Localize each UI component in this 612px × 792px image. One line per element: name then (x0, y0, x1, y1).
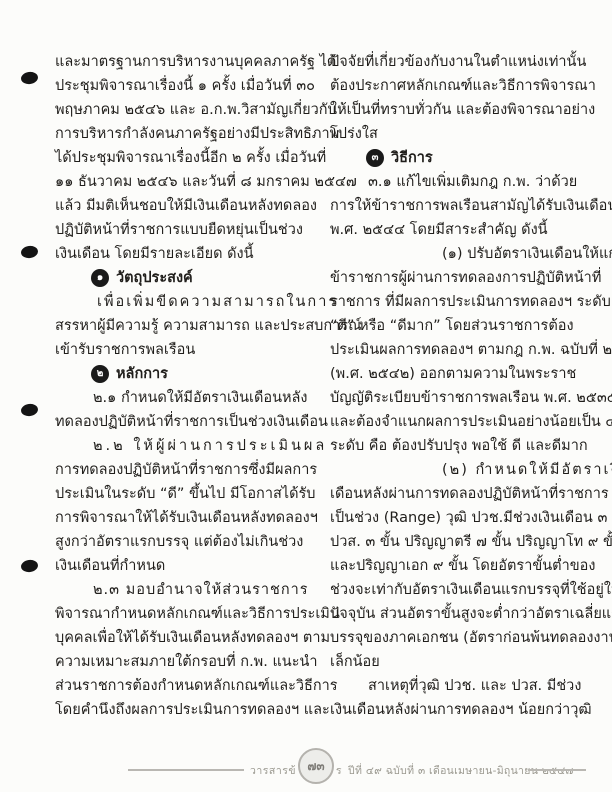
text-line: การบริหารกำลังคนภาครัฐอย่างมีประสิทธิภาพ (55, 122, 313, 146)
text-line: และปริญญาเอก ๙ ขั้น โดยอัตราขั้นต่ำของ (330, 554, 582, 578)
text-line: โดยคำนึงถึงผลการประเมินการทดลองฯ และ (55, 698, 313, 722)
text-line: โปร่งใส (330, 122, 582, 146)
page-footer: วารสารข้าราชการ ๗๓ ปีที่ ๔๙ ฉบับที่ ๓ เด… (0, 745, 612, 791)
text-line: สูงกว่าอัตราแรกบรรจุ แต่ต้องไม่เกินช่วง (55, 530, 313, 554)
text-line: เข้ารับราชการพลเรือน (55, 338, 313, 362)
text-line: เงินเดือนหลังผ่านการทดลองฯ น้อยกว่าวุฒิ (330, 698, 582, 722)
text-line: ๒.๓ มอบอำนาจให้ส่วนราชการ (55, 578, 313, 602)
text-line: บรรจุของภาคเอกชน (อัตราก่อนพ้นทดลองงาน) (330, 626, 582, 650)
punch-hole-dot (20, 403, 39, 417)
text-line: (๑) ปรับอัตราเงินเดือนให้แก่ (330, 242, 582, 266)
text-line: ให้เป็นที่ทราบทั่วกัน และต้องพิจารณาอย่า… (330, 98, 582, 122)
text-line: พฤษภาคม ๒๕๔๖ และ อ.ก.พ.วิสามัญเกี่ยวกับ (55, 98, 313, 122)
text-line: ประชุมพิจารณาเรื่องนี้ ๑ ครั้ง เมื่อวันท… (55, 74, 313, 98)
text-line: การทดลองปฏิบัติหน้าที่ราชการซึ่งมีผลการ (55, 458, 313, 482)
text-line: ๓.๑ แก้ไขเพิ่มเติมกฎ ก.พ. ว่าด้วย (330, 170, 582, 194)
text-line: (๒) กำหนดให้มีอัตราเงิน (330, 458, 582, 482)
text-line: สาเหตุที่วุฒิ ปวช. และ ปวส. มีช่วง (330, 674, 582, 698)
text-line: ปวส. ๓ ขั้น ปริญญาตรี ๗ ขั้น ปริญญาโท ๙ … (330, 530, 582, 554)
text-column-right: ปัจจัยที่เกี่ยวข้องกับงานในตำแหน่งเท่านั… (330, 50, 582, 722)
text-line: ได้ประชุมพิจารณาเรื่องนี้อีก ๒ ครั้ง เมื… (55, 146, 313, 170)
text-line: ต้องประกาศหลักเกณฑ์และวิธีการพิจารณา (330, 74, 582, 98)
text-line: การให้ข้าราชการพลเรือนสามัญได้รับเงินเดื… (330, 194, 582, 218)
text-line: ระดับ คือ ต้องปรับปรุง พอใช้ ดี และดีมาก (330, 434, 582, 458)
punch-hole-dot (20, 71, 39, 85)
text-line: ช่วงจะเท่ากับอัตราเงินเดือนแรกบรรจุที่ใช… (330, 578, 582, 602)
section-heading-label: วิธีการ (391, 146, 433, 170)
text-line: ทดลองปฏิบัติหน้าที่ราชการเป็นช่วงเงินเดื… (55, 410, 313, 434)
text-line: ความเหมาะสมภายใต้กรอบที่ ก.พ. แนะนำ (55, 650, 313, 674)
text-line: ๒.๒ ให้ผู้ผ่านการประเมินผล (55, 434, 313, 458)
punch-hole-dot (20, 245, 39, 259)
scanned-journal-page: และมาตรฐานการบริหารงานบุคคลภาครัฐ ได้ประ… (0, 0, 612, 792)
section-heading: ๒หลักการ (55, 362, 313, 386)
text-line: พิจารณากำหนดหลักเกณฑ์และวิธีการประเมิน (55, 602, 313, 626)
text-line: สรรหาผู้มีความรู้ ความสามารถ และประสบการ… (55, 314, 313, 338)
text-line: ปัจจัยที่เกี่ยวข้องกับงานในตำแหน่งเท่านั… (330, 50, 582, 74)
text-line: “ดี” หรือ “ดีมาก” โดยส่วนราชการต้อง (330, 314, 582, 338)
text-line: ประเมินผลการทดลองฯ ตามกฎ ก.พ. ฉบับที่ ๒๑ (330, 338, 582, 362)
text-line: (พ.ศ. ๒๕๔๒) ออกตามความในพระราช (330, 362, 582, 386)
section-number-badge: ๑ (91, 269, 109, 287)
text-line: บัญญัติระเบียบข้าราชการพลเรือน พ.ศ. ๒๕๓๕ (330, 386, 582, 410)
text-line: เงินเดือน โดยมีรายละเอียด ดังนี้ (55, 242, 313, 266)
text-line: บุคคลเพื่อให้ได้รับเงินเดือนหลังทดลองฯ ต… (55, 626, 313, 650)
footer-rule-left (128, 769, 244, 771)
text-line: ๒.๑ กำหนดให้มีอัตราเงินเดือนหลัง (55, 386, 313, 410)
text-line: ๑๑ ธันวาคม ๒๕๔๖ และวันที่ ๘ มกราคม ๒๕๔๗ (55, 170, 313, 194)
text-line: เล็กน้อย (330, 650, 582, 674)
text-line: และมาตรฐานการบริหารงานบุคคลภาครัฐ ได้ (55, 50, 313, 74)
text-line: และต้องจำแนกผลการประเมินอย่างน้อยเป็น ๔ (330, 410, 582, 434)
text-line: เป็นช่วง (Range) วุฒิ ปวช.มีช่วงเงินเดือ… (330, 506, 582, 530)
footer-rule-right (528, 769, 586, 771)
punch-hole-dot (20, 559, 39, 573)
text-line: แล้ว มีมติเห็นชอบให้มีเงินเดือนหลังทดลอง (55, 194, 313, 218)
text-line: ปฏิบัติหน้าที่ราชการแบบยืดหยุ่นเป็นช่วง (55, 218, 313, 242)
section-heading-label: หลักการ (116, 362, 168, 386)
text-line: เพื่อเพิ่มขีดความสามารถในการ (55, 290, 313, 314)
text-line: ข้าราชการผู้ผ่านการทดลองการปฏิบัติหน้าที… (330, 266, 582, 290)
page-number-badge-box: ๗๓ (296, 745, 336, 787)
section-number-badge: ๒ (91, 365, 109, 383)
section-heading: ๑วัตถุประสงค์ (55, 266, 313, 290)
text-line: เดือนหลังผ่านการทดลองปฏิบัติหน้าที่ราชกา… (330, 482, 582, 506)
text-line: พ.ศ. ๒๕๔๔ โดยมีสาระสำคัญ ดังนี้ (330, 218, 582, 242)
text-line: การพิจารณาให้ได้รับเงินเดือนหลังทดลองฯ (55, 506, 313, 530)
text-line: ปัจจุบัน ส่วนอัตราขั้นสูงจะต่ำกว่าอัตราเ… (330, 602, 582, 626)
section-number-badge: ๓ (366, 149, 384, 167)
text-line: ประเมินในระดับ “ดี” ขึ้นไป มีโอกาสได้รับ (55, 482, 313, 506)
text-line: ส่วนราชการต้องกำหนดหลักเกณฑ์และวิธีการ (55, 674, 313, 698)
text-column-left: และมาตรฐานการบริหารงานบุคคลภาครัฐ ได้ประ… (55, 50, 313, 722)
section-heading-label: วัตถุประสงค์ (116, 266, 193, 290)
section-heading: ๓วิธีการ (330, 146, 582, 170)
text-line: ราชการ ที่มีผลการประเมินการทดลองฯ ระดับ (330, 290, 582, 314)
text-line: เงินเดือนที่กำหนด (55, 554, 313, 578)
page-number-badge: ๗๓ (298, 748, 334, 784)
